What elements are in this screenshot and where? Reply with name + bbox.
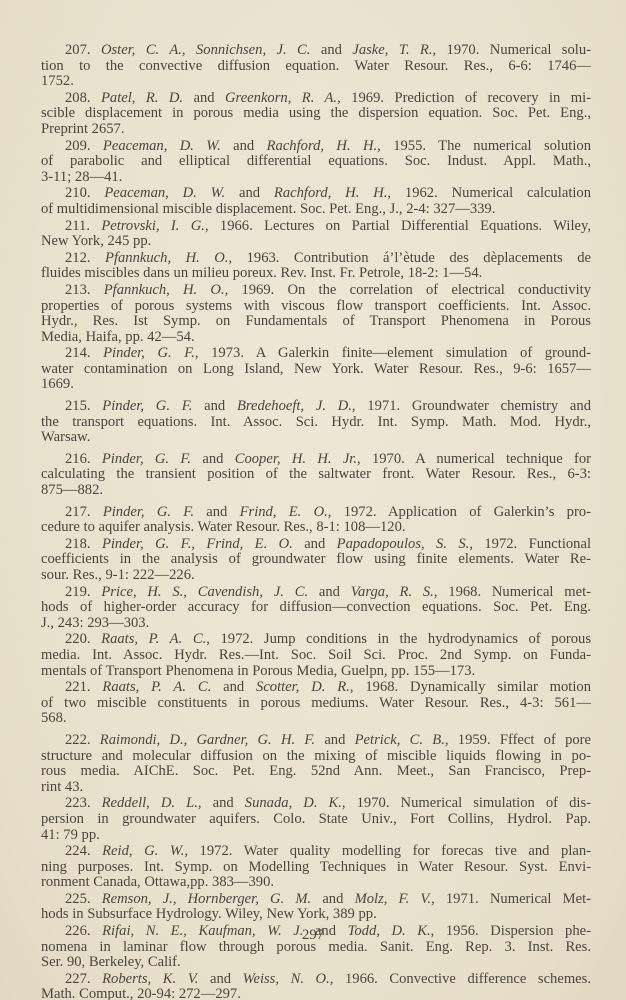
reference-line: of multidimensional miscible displacemen… [41, 202, 591, 218]
reference-entry-221: 221. Raats, P. A. C. and Scotter, D. R.,… [41, 680, 591, 727]
reference-line: 210. Peaceman, D. W. and Rachford, H. H.… [41, 186, 591, 202]
reference-entry-220: 220. Raats, P. A. C., 1972. Jump conditi… [41, 632, 591, 679]
reference-entry-214: 214. Pinder, G. F., 1973. A Galerkin fin… [41, 346, 591, 393]
reference-list: 207. Oster, C. A., Sonnichsen, J. C. and… [41, 43, 591, 1000]
reference-line: sour. Res., 9-1: 222—226. [41, 568, 591, 584]
reference-line: persion in groundwater aquifers. Colo. S… [41, 812, 591, 828]
reference-entry-210: 210. Peaceman, D. W. and Rachford, H. H.… [41, 186, 591, 217]
reference-line: 214. Pinder, G. F., 1973. A Galerkin fin… [41, 346, 591, 362]
reference-line: 1669. [41, 377, 591, 393]
reference-line: New York, 245 pp. [41, 234, 591, 250]
reference-line: hods in Subsurface Hydrology. Wiley, New… [41, 907, 591, 923]
reference-line: media. Int. Assoc. Hydr. Res.—Int. Soc. … [41, 648, 591, 664]
reference-line: 220. Raats, P. A. C., 1972. Jump conditi… [41, 632, 591, 648]
reference-entry-213: 213. Pfannkuch, H. O., 1969. On the corr… [41, 283, 591, 345]
reference-line: 216. Pinder, G. F. and Cooper, H. H. Jr.… [41, 452, 591, 468]
reference-line: 222. Raimondi, D., Gardner, G. H. F. and… [41, 733, 591, 749]
reference-entry-218: 218. Pinder, G. F., Frind, E. O. and Pap… [41, 537, 591, 584]
reference-entry-217: 217. Pinder, G. F. and Frind, E. O., 197… [41, 505, 591, 536]
reference-line: Media, Haifa, pp. 42—54. [41, 330, 591, 346]
reference-line: 207. Oster, C. A., Sonnichsen, J. C. and… [41, 43, 591, 59]
reference-entry-215: 215. Pinder, G. F. and Bredehoeft, J. D.… [41, 399, 591, 446]
reference-line: 224. Reid, G. W., 1972. Water quality mo… [41, 844, 591, 860]
reference-line: 219. Price, H. S., Cavendish, J. C. and … [41, 585, 591, 601]
reference-line: 875—882. [41, 483, 591, 499]
reference-line: calculating the transient position of th… [41, 467, 591, 483]
reference-line: fluides miscibles dans un milieu poreux.… [41, 266, 591, 282]
reference-entry-219: 219. Price, H. S., Cavendish, J. C. and … [41, 585, 591, 632]
reference-entry-211: 211. Petrovski, I. G., 1966. Lectures on… [41, 219, 591, 250]
reference-line: the transport equations. Int. Assoc. Sci… [41, 415, 591, 431]
reference-line: 208. Patel, R. D. and Greenkorn, R. A., … [41, 91, 591, 107]
reference-line: Preprint 2657. [41, 122, 591, 138]
reference-line: Hydr., Res. Ist Symp. on Fundamentals of… [41, 314, 591, 330]
reference-entry-212: 212. Pfannkuch, H. O., 1963. Contributio… [41, 251, 591, 282]
reference-line: hods of higher-order accuracy for diffus… [41, 600, 591, 616]
document-page: 207. Oster, C. A., Sonnichsen, J. C. and… [0, 0, 626, 1000]
reference-entry-222: 222. Raimondi, D., Gardner, G. H. F. and… [41, 733, 591, 795]
reference-line: 211. Petrovski, I. G., 1966. Lectures on… [41, 219, 591, 235]
reference-line: water contamination on Long Island, New … [41, 362, 591, 378]
reference-line: Warsaw. [41, 430, 591, 446]
reference-entry-227: 227. Roberts, K. V. and Weiss, N. O., 19… [41, 972, 591, 1000]
reference-entry-223: 223. Reddell, D. L., and Sunada, D. K., … [41, 796, 591, 843]
reference-line: coefficients in the analysis of groundwa… [41, 552, 591, 568]
reference-line: 215. Pinder, G. F. and Bredehoeft, J. D.… [41, 399, 591, 415]
reference-entry-208: 208. Patel, R. D. and Greenkorn, R. A., … [41, 91, 591, 138]
reference-line: 225. Remson, J., Hornberger, G. M. and M… [41, 892, 591, 908]
reference-line: 3-11; 28—41. [41, 170, 591, 186]
reference-line: mentals of Transport Phenomena in Porous… [41, 664, 591, 680]
reference-line: 568. [41, 711, 591, 727]
reference-line: 218. Pinder, G. F., Frind, E. O. and Pap… [41, 537, 591, 553]
reference-line: tion to the convective diffusion equatio… [41, 59, 591, 75]
reference-line: 221. Raats, P. A. C. and Scotter, D. R.,… [41, 680, 591, 696]
reference-line: 212. Pfannkuch, H. O., 1963. Contributio… [41, 251, 591, 267]
reference-line: 227. Roberts, K. V. and Weiss, N. O., 19… [41, 972, 591, 988]
reference-entry-209: 209. Peaceman, D. W. and Rachford, H. H.… [41, 139, 591, 186]
reference-entry-224: 224. Reid, G. W., 1972. Water quality mo… [41, 844, 591, 891]
reference-line: rint 43. [41, 780, 591, 796]
reference-line: J., 243: 293—303. [41, 616, 591, 632]
reference-line: of two miscible constituents in porous m… [41, 696, 591, 712]
reference-line: of parabolic and elliptical differential… [41, 154, 591, 170]
reference-line: Ser. 90, Berkeley, Calif. [41, 955, 591, 971]
reference-line: 217. Pinder, G. F. and Frind, E. O., 197… [41, 505, 591, 521]
reference-line: rous media. AIChE. Soc. Pet. Eng. 52nd A… [41, 764, 591, 780]
reference-line: ning purposes. Int. Symp. on Modelling T… [41, 860, 591, 876]
reference-line: 223. Reddell, D. L., and Sunada, D. K., … [41, 796, 591, 812]
reference-line: 1752. [41, 74, 591, 90]
reference-line: properties of porous systems with viscou… [41, 299, 591, 315]
reference-line: structure and molecular diffusion on the… [41, 749, 591, 765]
reference-entry-216: 216. Pinder, G. F. and Cooper, H. H. Jr.… [41, 452, 591, 499]
reference-entry-207: 207. Oster, C. A., Sonnichsen, J. C. and… [41, 43, 591, 90]
reference-line: scible displacement in porous media usin… [41, 106, 591, 122]
reference-line: ronment Canada, Ottawa,pp. 383—390. [41, 875, 591, 891]
reference-line: Math. Comput., 20-94: 272—297. [41, 987, 591, 1000]
reference-entry-225: 225. Remson, J., Hornberger, G. M. and M… [41, 892, 591, 923]
page-number: 297 [0, 927, 626, 944]
reference-line: 213. Pfannkuch, H. O., 1969. On the corr… [41, 283, 591, 299]
reference-line: 209. Peaceman, D. W. and Rachford, H. H.… [41, 139, 591, 155]
reference-line: 41: 79 pp. [41, 828, 591, 844]
reference-line: cedure to aquifer analysis. Water Resour… [41, 520, 591, 536]
